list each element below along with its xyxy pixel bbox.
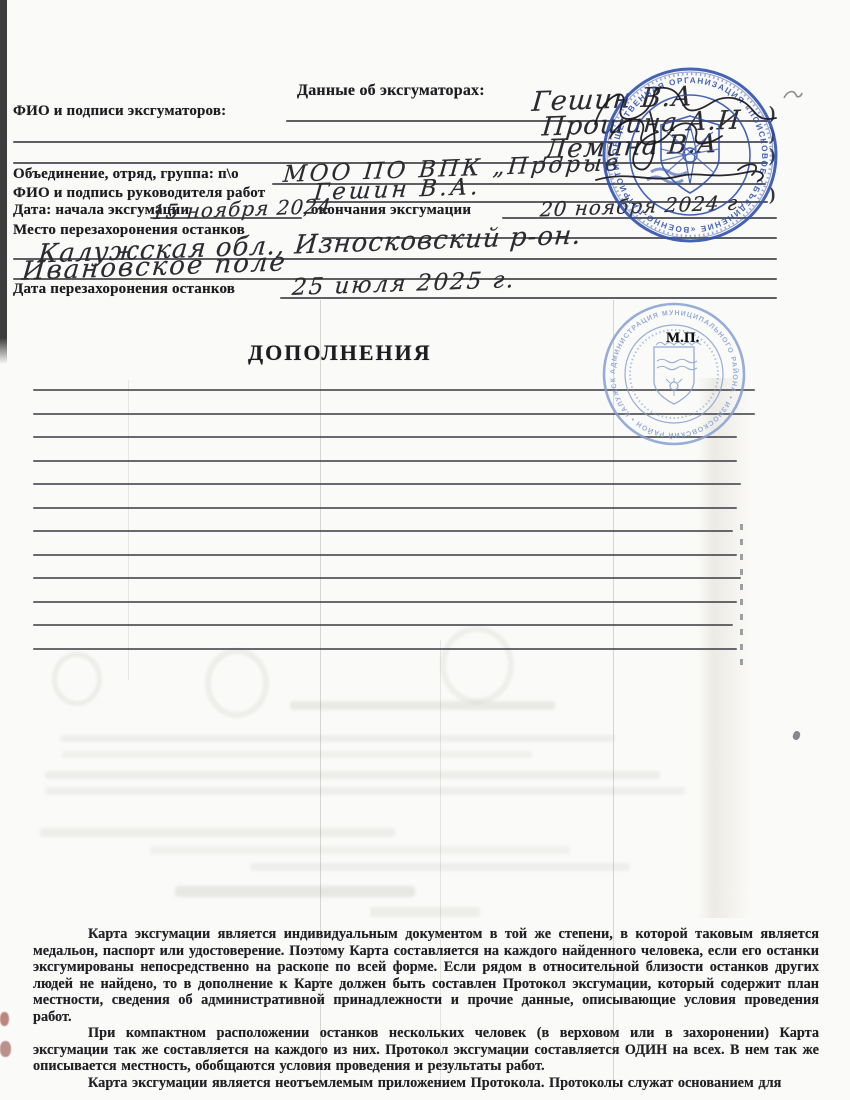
scanned-exhumation-card-page: Данные об эксгуматорах: ФИО и подписи эк…: [0, 0, 850, 1100]
bleed-through-marks: [740, 524, 743, 674]
red-edge-mark: [0, 1041, 11, 1057]
ruled-line: [33, 648, 737, 650]
ruled-line: [33, 483, 741, 485]
red-edge-mark: [0, 1012, 9, 1026]
stamp-district-administration: АДМИНИСТРАЦИЯ МУНИЦИПАЛЬНОГО РАЙОНА • ИЗ…: [599, 299, 749, 449]
bleed-through-stamp-circle: [52, 652, 102, 706]
handwritten-date-start: 15 ноября 2024: [151, 194, 333, 224]
ruled-line: [33, 601, 737, 603]
bleed-through-text: [370, 907, 480, 917]
bleed-through-text: [40, 828, 395, 837]
additions-title: ДОПОЛНЕНИЯ: [248, 340, 432, 366]
ruled-line: [33, 530, 733, 532]
footer-instructions: Карта эксгумации является индивидуальным…: [33, 926, 819, 1091]
scan-squiggle-artifact: [782, 88, 804, 102]
bleed-through-text: [150, 846, 570, 854]
footer-paragraph: При компактном расположении останков нес…: [33, 1025, 819, 1075]
mp-seal-label: М.П.: [666, 330, 699, 347]
footer-paragraph: Карта эксгумации является индивидуальным…: [33, 926, 819, 1025]
bleed-through-heading: [175, 886, 415, 897]
bleed-through-stamp-circle: [205, 648, 269, 718]
scan-speck: [792, 730, 802, 741]
unit-label: Объединение, отряд, группа: п\о: [13, 166, 239, 183]
bleed-through-text: [290, 701, 555, 710]
bleed-through-text: [62, 751, 532, 758]
footer-paragraph: Карта эксгумации является неотъемлемым п…: [33, 1075, 819, 1092]
ruled-line: [33, 460, 737, 462]
ruled-line: [33, 624, 733, 626]
section-title: Данные об эксгуматорах:: [297, 82, 485, 100]
ruled-line: [33, 554, 737, 556]
bleed-through-text: [60, 735, 615, 742]
ruled-line: [33, 577, 741, 579]
bleed-through-text: [250, 863, 630, 871]
ruled-line: [33, 507, 737, 509]
bleed-through-text: [45, 787, 685, 795]
executors-label: ФИО и подписи эксгуматоров:: [13, 103, 226, 120]
bleed-through-stamp-circle: [440, 626, 514, 704]
bleed-through-text: [45, 771, 660, 779]
handwritten-reburial-date: 25 июля 2025 г.: [291, 267, 517, 301]
stamp-coat-of-arms: [654, 343, 701, 405]
scanner-edge-artifact: [0, 0, 7, 338]
